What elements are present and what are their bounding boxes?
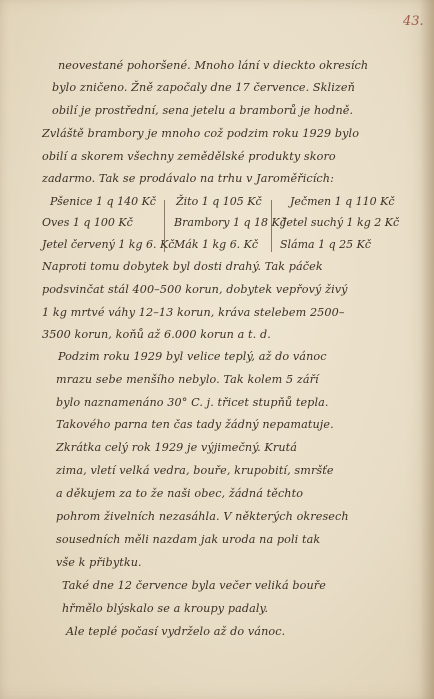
text-line: zadarmo. Tak se prodávalo na trhu v Jaro… bbox=[42, 172, 334, 185]
text-line: Také dne 12 července byla večer veliká b… bbox=[62, 579, 326, 592]
text-line: Naproti tomu dobytek byl dosti drahý. Ta… bbox=[42, 260, 323, 273]
text-line: neovestané pohoršené. Mnoho lání v dieck… bbox=[58, 59, 368, 72]
text-line: obilí je prostřední, sena jetelu a bramb… bbox=[52, 104, 353, 117]
text-line: podsvinčat stál 400–500 korun, dobytek v… bbox=[42, 283, 348, 296]
text-line: 1 kg mrtvé váhy 12–13 korun, kráva stele… bbox=[42, 306, 345, 319]
price-item: Sláma 1 q 25 Kč bbox=[280, 238, 371, 251]
page-number: 43. bbox=[403, 14, 424, 29]
price-item: Jetel suchý 1 kg 2 Kč bbox=[282, 216, 399, 229]
text-line: Takového parna ten čas tady žádný nepama… bbox=[56, 418, 334, 431]
text-line: hřmělo blýskalo se a kroupy padaly. bbox=[62, 602, 268, 615]
text-line: vše k přibytku. bbox=[56, 556, 142, 569]
text-line: 3500 korun, koňů až 6.000 korun a t. d. bbox=[42, 328, 271, 341]
text-line: bylo zničeno. Žně započaly dne 17 červen… bbox=[52, 81, 355, 94]
text-line: Ale teplé počasí vydrželo až do vánoc. bbox=[66, 625, 285, 638]
price-item: Mák 1 kg 6. Kč bbox=[174, 238, 258, 251]
text-line: pohrom živelních nezasáhla. V některých … bbox=[56, 510, 349, 523]
text-line: Zkrátka celý rok 1929 je výjimečný. Krut… bbox=[56, 441, 297, 454]
text-line: sousedních měli nazdam jak uroda na poli… bbox=[56, 533, 320, 546]
price-item: Pšenice 1 q 140 Kč bbox=[50, 195, 156, 208]
text-line: a děkujem za to že naši obec, žádná těch… bbox=[56, 487, 303, 500]
text-line: Podzim roku 1929 byl velice teplý, až do… bbox=[58, 350, 327, 363]
price-item: Ječmen 1 q 110 Kč bbox=[290, 195, 395, 208]
text-line: Zvláště brambory je mnoho což podzim rok… bbox=[42, 127, 359, 140]
text-line: obilí a skorem všechny zemědělské produk… bbox=[42, 150, 336, 163]
text-line: bylo naznamenáno 30° C. j. třicet stupňů… bbox=[56, 396, 329, 409]
page-edge-shadow bbox=[420, 0, 434, 699]
text-line: mrazu sebe menšího nebylo. Tak kolem 5 z… bbox=[56, 373, 319, 386]
price-item: Jetel červený 1 kg 6. Kč bbox=[42, 238, 174, 251]
price-item: Žito 1 q 105 Kč bbox=[176, 195, 262, 208]
price-item: Brambory 1 q 18 Kč bbox=[174, 216, 286, 229]
text-line: zima, vletí velká vedra, bouře, krupobit… bbox=[56, 464, 334, 477]
manuscript-page: 43. neovestané pohoršené. Mnoho lání v d… bbox=[0, 0, 434, 699]
price-item: Oves 1 q 100 Kč bbox=[42, 216, 133, 229]
